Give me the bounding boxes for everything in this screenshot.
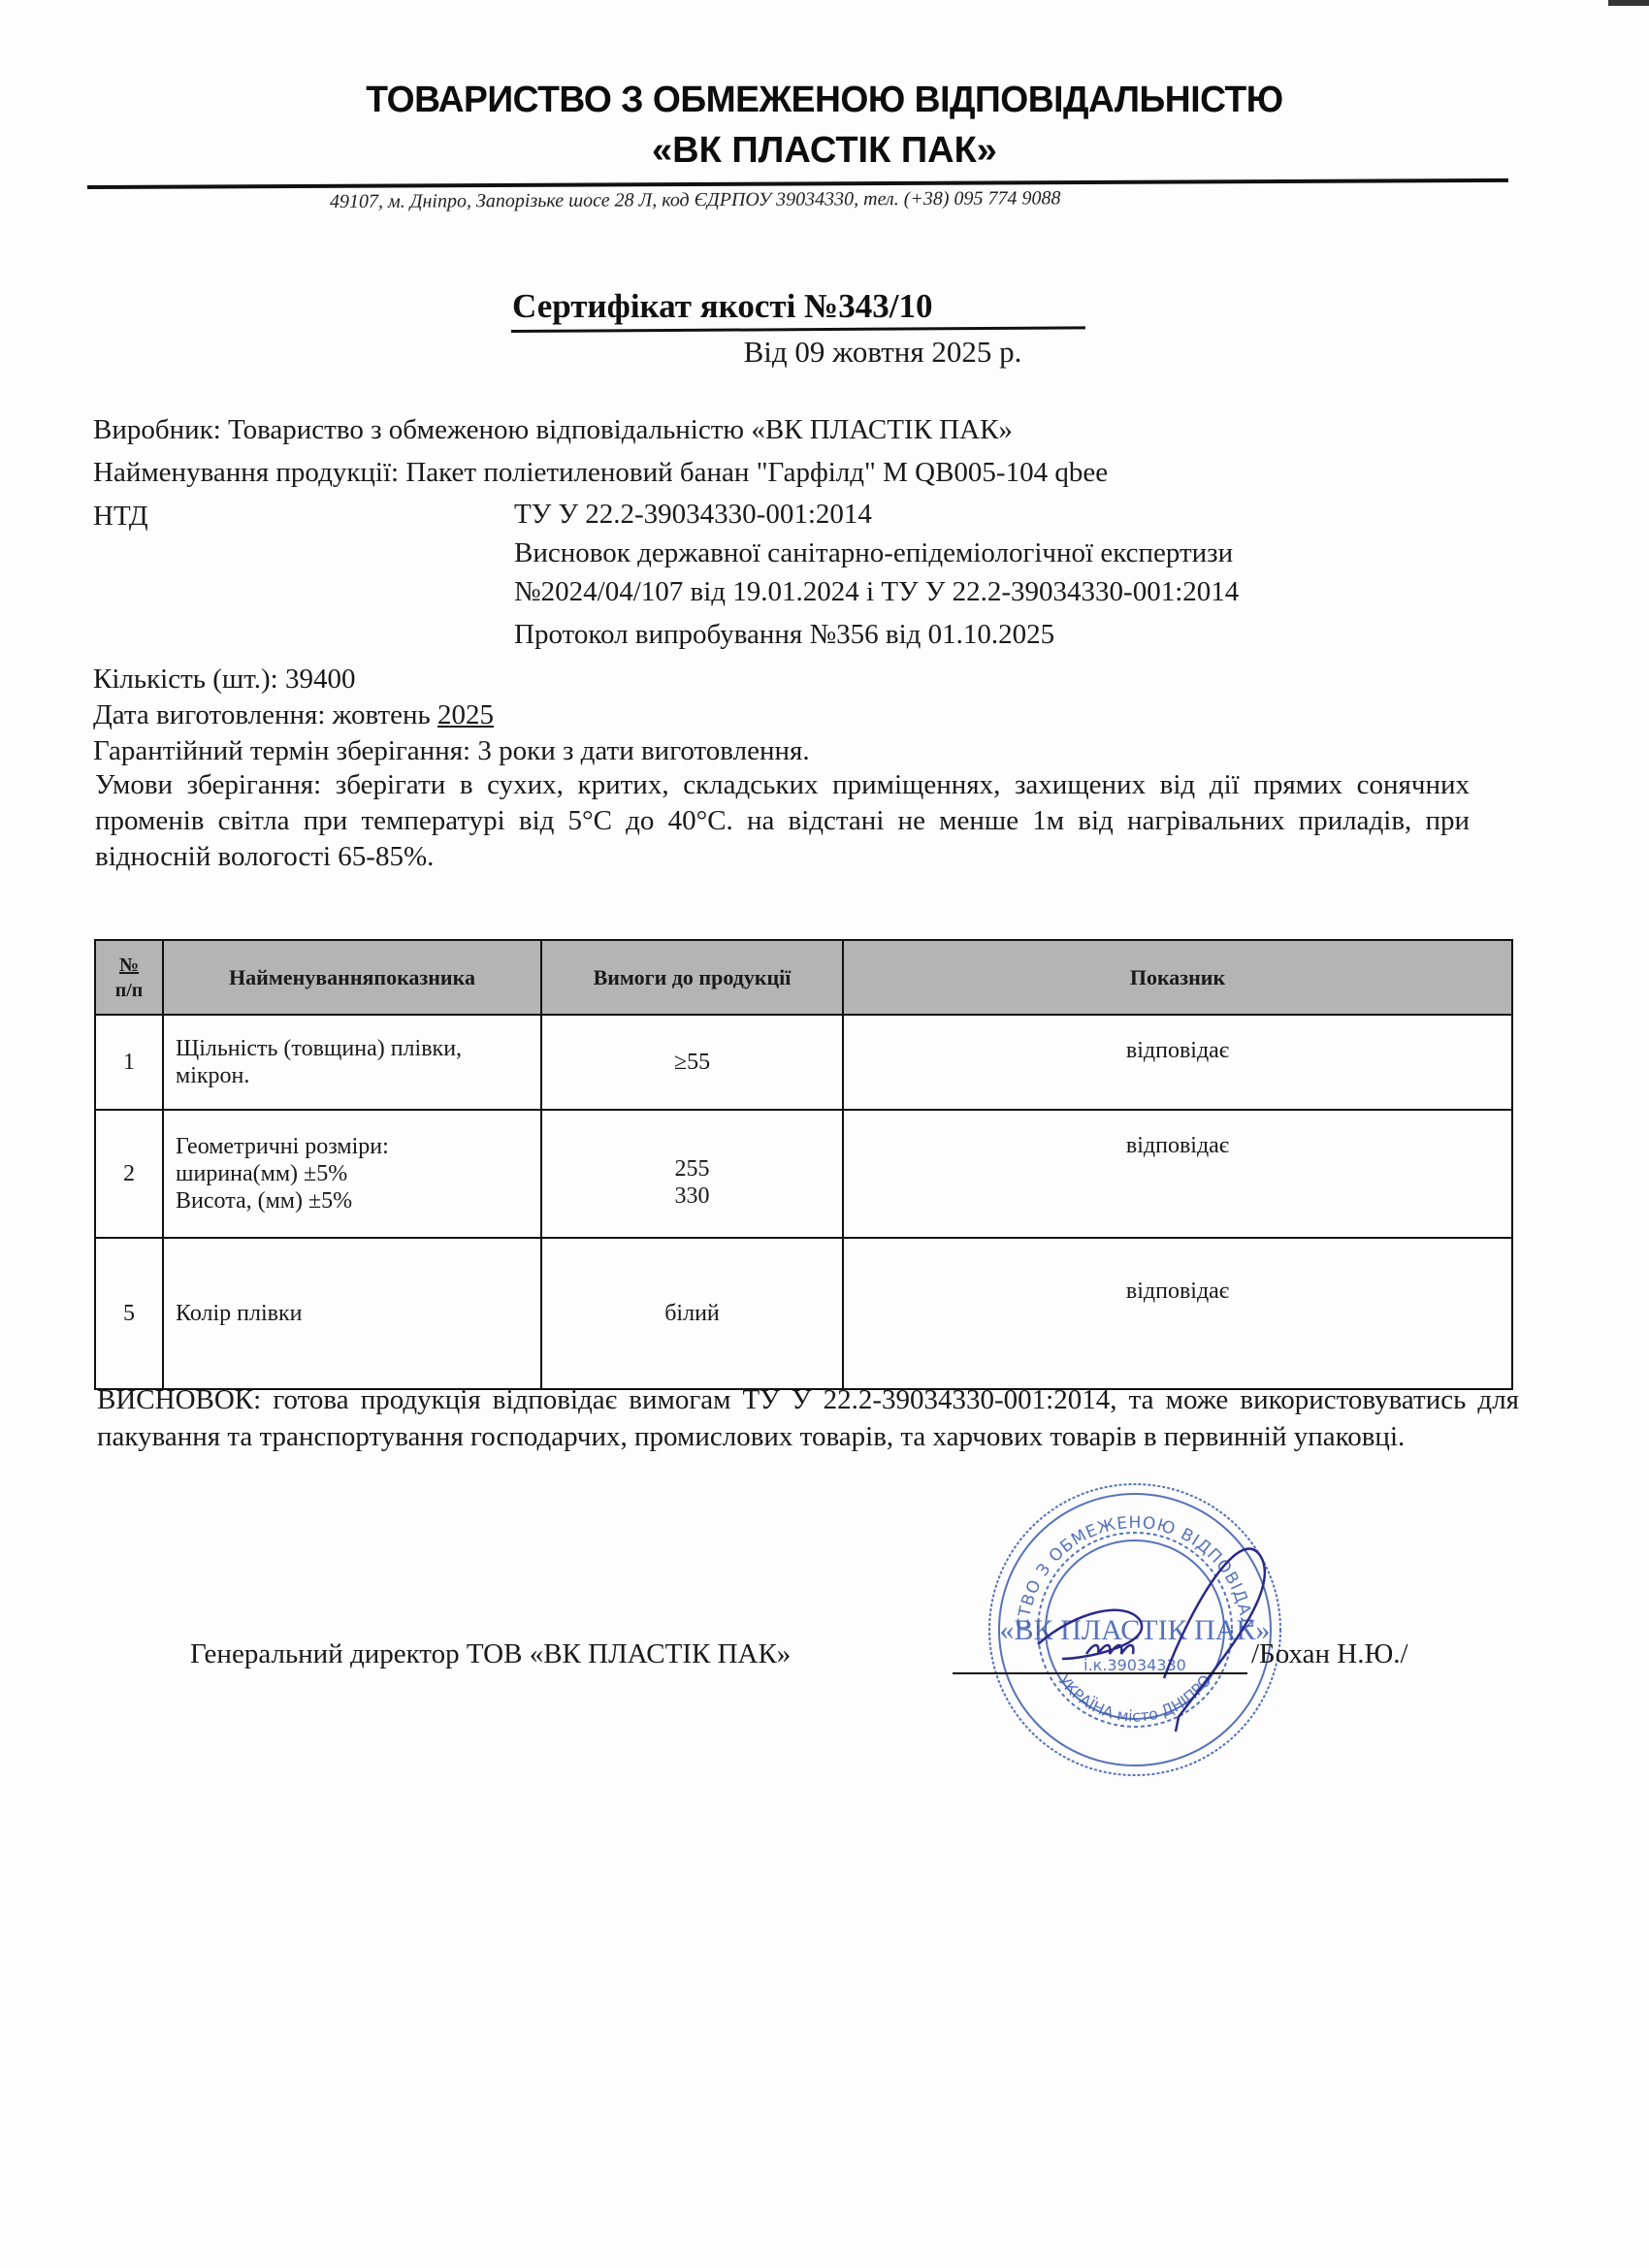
signer-title: Генеральний директор ТОВ «ВК ПЛАСТІК ПАК… (190, 1638, 791, 1670)
indicator-value: відповідає (843, 1015, 1512, 1110)
header-value: Показник (843, 940, 1512, 1015)
indicator-name: Щільність (товщина) плівки,мікрон. (163, 1015, 541, 1110)
certificate-date: Від 09 жовтня 2025 р. (0, 335, 1649, 370)
product-name: Найменування продукції: Пакет поліетилен… (93, 456, 1108, 489)
requirement-line: білий (543, 1300, 841, 1327)
ntd-line: Протокол випробування №356 від 01.10.202… (514, 618, 1054, 651)
indicator-value: відповідає (843, 1238, 1512, 1389)
letterhead-divider (87, 178, 1508, 189)
company-stamp: ТОВАРИСТВО З ОБМЕЖЕНОЮ ВІДПОВІДАЛЬНІСТЮ … (970, 1465, 1300, 1785)
quality-indicators-table: №п/п Найменуванняпоказника Вимоги до про… (94, 939, 1513, 1390)
signature-line (953, 1672, 1247, 1674)
table-row: 1Щільність (товщина) плівки,мікрон.≥55ві… (95, 1015, 1512, 1110)
ntd-line: ТУ У 22.2-39034330-001:2014 (514, 498, 872, 531)
header-number-sign: № (119, 955, 139, 976)
requirement-line: 255 (543, 1155, 841, 1183)
company-name-line2: «ВК ПЛАСТІК ПАК» (0, 130, 1649, 172)
table-header-row: №п/п Найменуванняпоказника Вимоги до про… (95, 940, 1512, 1015)
stamp-bottom-text: УКРАЇНА місто ДНІПРО (1054, 1671, 1214, 1726)
stamp-outer-text: ТОВАРИСТВО З ОБМЕЖЕНОЮ ВІДПОВІДАЛЬНІСТЮ (970, 1465, 1256, 1631)
header-indicator-name: Найменуванняпоказника (163, 940, 541, 1015)
svg-text:УКРАЇНА місто ДНІПРО: УКРАЇНА місто ДНІПРО (1054, 1671, 1214, 1726)
company-address: 49107, м. Дніпро, Запорізьке шосе 28 Л, … (330, 187, 1061, 213)
header-requirements: Вимоги до продукції (541, 940, 843, 1015)
ntd-label: НТД (93, 500, 148, 533)
header-number: №п/п (95, 940, 163, 1015)
requirement-line: 330 (543, 1183, 841, 1210)
certificate-title: Сертифікат якості №343/10 (512, 287, 932, 326)
conclusion: ВИСНОВОК: готова продукція відповідає ви… (97, 1381, 1519, 1455)
header-number-abbr: п/п (115, 980, 144, 1001)
svg-text:ТОВАРИСТВО З ОБМЕЖЕНОЮ ВІДПОВІ: ТОВАРИСТВО З ОБМЕЖЕНОЮ ВІДПОВІДАЛЬНІСТЮ (970, 1465, 1256, 1631)
indicator-name: Колір плівки (163, 1238, 541, 1389)
title-underline (511, 326, 1085, 333)
storage-conditions: Умови зберігання: зберігати в сухих, кри… (95, 767, 1470, 875)
indicator-name-line: Колір плівки (176, 1300, 539, 1327)
company-name-line1: ТОВАРИСТВО З ОБМЕЖЕНОЮ ВІДПОВІДАЛЬНІСТЮ (16, 80, 1633, 121)
row-number: 2 (95, 1110, 163, 1238)
manufacture-date: Дата виготовлення: жовтень 2025 (93, 698, 494, 731)
signer-name: /Бохан Н.Ю./ (1251, 1638, 1408, 1670)
ntd-line: №2024/04/107 від 19.01.2024 і ТУ У 22.2-… (514, 575, 1239, 608)
requirement: 255330 (541, 1110, 843, 1238)
row-number: 1 (95, 1015, 163, 1110)
indicator-value: відповідає (843, 1110, 1512, 1238)
indicator-name-line: Геометричні розміри: (176, 1133, 539, 1160)
ntd-line: Висновок державної санітарно-епідеміолог… (514, 536, 1233, 569)
indicator-name-line: Щільність (товщина) плівки, (176, 1035, 539, 1062)
manufacture-date-year: 2025 (437, 699, 494, 730)
quantity: Кількість (шт.): 39400 (93, 663, 355, 696)
indicator-name-line: мікрон. (176, 1062, 539, 1089)
requirement: білий (541, 1238, 843, 1389)
requirement: ≥55 (541, 1015, 843, 1110)
indicator-name-line: ширина(мм) ±5% (176, 1160, 539, 1187)
table-row: 2Геометричні розміри:ширина(мм) ±5%Висот… (95, 1110, 1512, 1238)
indicator-name: Геометричні розміри:ширина(мм) ±5%Висота… (163, 1110, 541, 1238)
scan-edge-mark (1608, 0, 1649, 6)
indicator-name-line: Висота, (мм) ±5% (176, 1187, 539, 1215)
requirement-line: ≥55 (543, 1049, 841, 1076)
row-number: 5 (95, 1238, 163, 1389)
warranty-period: Гарантійний термін зберігання: 3 роки з … (93, 734, 810, 767)
manufacture-date-label: Дата виготовлення: жовтень (93, 699, 437, 730)
table-row: 5Колір плівкибілийвідповідає (95, 1238, 1512, 1389)
manufacturer: Виробник: Товариство з обмеженою відпові… (93, 413, 1013, 446)
